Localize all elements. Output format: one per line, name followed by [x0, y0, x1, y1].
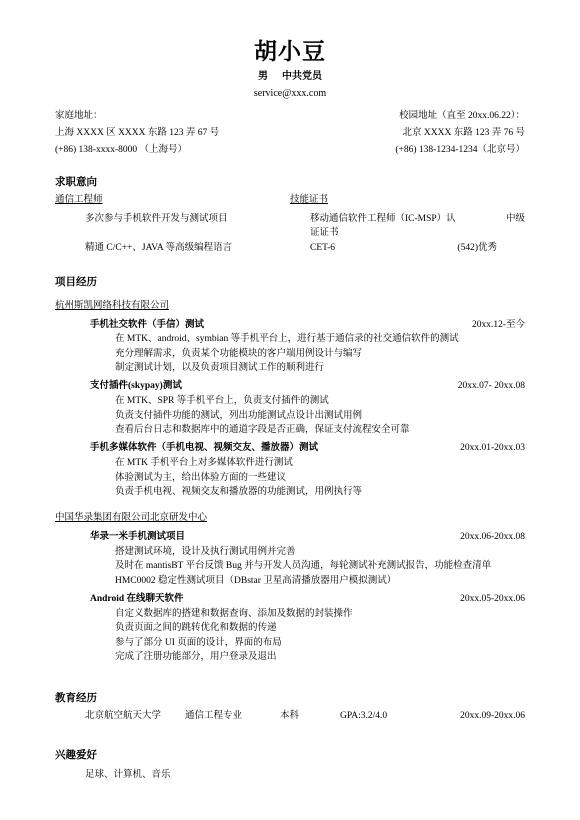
- education-school: 北京航空航天大学: [85, 710, 185, 724]
- certificate-level: 中级: [506, 213, 525, 227]
- campus-address-line1: 北京 XXXX 东路 123 弄 76 号: [395, 125, 525, 142]
- project-detail: 完成了注册功能部分，用户登录及退出: [115, 650, 525, 664]
- certificates-heading: 技能证书: [290, 194, 525, 208]
- hobbies-content: 足球、计算机、音乐: [85, 769, 525, 783]
- certificate-rows: 移动通信软件工程师（IC-MSP）认证证书 中级 CET-6 (542)优秀: [310, 213, 525, 255]
- education-row: 北京航空航天大学 通信工程专业 本科 GPA:3.2/4.0 20xx.09-2…: [85, 710, 525, 724]
- project-block: 支付插件(skypay)测试 20xx.07- 20xx.08 在 MTK、SP…: [55, 380, 525, 437]
- certificates-column: 技能证书 移动通信软件工程师（IC-MSP）认证证书 中级 CET-6 (542…: [290, 194, 525, 255]
- project-head: 华录一米手机测试项目 20xx.06-20xx.08: [90, 531, 525, 545]
- project-detail: 制定测试计划，以及负责项目测试工作的顺利进行: [115, 361, 525, 375]
- project-detail: 参与了部分 UI 页面的设计，界面的布局: [115, 636, 525, 650]
- certificate-name: 移动通信软件工程师（IC-MSP）认证证书: [310, 213, 462, 241]
- project-date: 20xx.05-20xx.06: [460, 593, 525, 607]
- resume-subtitle: 男中共党员: [55, 70, 525, 85]
- project-date: 20xx.01-20xx.03: [460, 442, 525, 456]
- education-date: 20xx.09-20xx.06: [460, 710, 525, 724]
- home-address-block: 家庭地址： 上海 XXXX 区 XXXX 东路 123 弄 67 号 (+86)…: [55, 108, 219, 159]
- objective-title: 通信工程师: [55, 194, 290, 208]
- campus-address-line2: (+86) 138-1234-1234（北京号）: [395, 142, 525, 159]
- gender-label: 男: [258, 71, 268, 82]
- project-detail: 负责页面之间的跳转优化和数据的传递: [115, 621, 525, 635]
- project-block: 华录一米手机测试项目 20xx.06-20xx.08 搭建测试环境，设计及执行测…: [55, 531, 525, 588]
- project-date: 20xx.06-20xx.08: [460, 531, 525, 545]
- email-text: service@xxx.com: [55, 87, 525, 102]
- objective-item: 精通 C/C++、JAVA 等高级编程语言: [85, 242, 290, 256]
- certificate-level: (542)优秀: [457, 242, 497, 256]
- project-detail: 负责手机电视、视频交友和播放器的功能测试，用例执行等: [115, 485, 525, 499]
- project-detail: 体验测试为主，给出体验方面的一些建议: [115, 471, 525, 485]
- project-detail: 及时在 mantisBT 平台反馈 Bug 并与开发人员沟通，每轮测试补充测试报…: [115, 559, 525, 573]
- project-detail: HMC0002 稳定性测试项目（DBstar 卫星高清播放器用户模拟测试）: [115, 574, 525, 588]
- education-heading: 教育经历: [55, 691, 525, 706]
- project-detail: 在 MTK 手机平台上对多媒体软件进行测试: [115, 456, 525, 470]
- project-title: 支付插件(skypay)测试: [90, 380, 182, 394]
- home-address-label: 家庭地址：: [55, 108, 219, 125]
- project-head: Android 在线聊天软件 20xx.05-20xx.06: [90, 593, 525, 607]
- company-name: 杭州斯凯网络科技有限公司: [55, 300, 525, 314]
- project-head: 支付插件(skypay)测试 20xx.07- 20xx.08: [90, 380, 525, 394]
- project-block: 手机社交软件（手信）测试 20xx.12-至今 在 MTK、android、sy…: [55, 319, 525, 376]
- company-block: 杭州斯凯网络科技有限公司 手机社交软件（手信）测试 20xx.12-至今 在 M…: [55, 300, 525, 500]
- company-block: 中国华录集团有限公司北京研发中心 华录一米手机测试项目 20xx.06-20xx…: [55, 512, 525, 664]
- project-title: 华录一米手机测试项目: [90, 531, 185, 545]
- project-block: 手机多媒体软件（手机电视、视频交友、播放器）测试 20xx.01-20xx.03…: [55, 442, 525, 499]
- objective-heading: 求职意向: [55, 175, 525, 190]
- project-head: 手机社交软件（手信）测试 20xx.12-至今: [90, 319, 525, 333]
- project-title: 手机多媒体软件（手机电视、视频交友、播放器）测试: [90, 442, 318, 456]
- hobbies-heading: 兴趣爱好: [55, 748, 525, 763]
- certificate-name: CET-6: [310, 242, 335, 256]
- section-projects: 项目经历 杭州斯凯网络科技有限公司 手机社交软件（手信）测试 20xx.12-至…: [55, 275, 525, 665]
- party-label: 中共党员: [282, 71, 322, 82]
- project-detail: 在 MTK、android、symbian 等手机平台上，进行基于通信录的社交通…: [115, 332, 525, 346]
- objective-columns: 通信工程师 多次参与手机软件开发与测试项目 精通 C/C++、JAVA 等高级编…: [55, 194, 525, 255]
- resume-name: 胡小豆: [55, 38, 525, 65]
- education-degree: 本科: [280, 710, 340, 724]
- project-date: 20xx.07- 20xx.08: [458, 380, 525, 394]
- section-hobbies: 兴趣爱好 足球、计算机、音乐: [55, 748, 525, 783]
- project-title: 手机社交软件（手信）测试: [90, 319, 204, 333]
- project-detail: 查看后台日志和数据库中的通道字段是否正确，保证支付流程安全可靠: [115, 423, 525, 437]
- certificate-row: 移动通信软件工程师（IC-MSP）认证证书 中级: [310, 213, 525, 241]
- project-detail: 充分理解需求，负责某个功能模块的客户端用例设计与编写: [115, 347, 525, 361]
- section-objective: 求职意向 通信工程师 多次参与手机软件开发与测试项目 精通 C/C++、JAVA…: [55, 175, 525, 256]
- project-head: 手机多媒体软件（手机电视、视频交友、播放器）测试 20xx.01-20xx.03: [90, 442, 525, 456]
- project-detail: 负责支付插件功能的测试，列出功能测试点设计出测试用例: [115, 409, 525, 423]
- campus-address-label: 校园地址（直至 20xx.06.22）：: [395, 108, 525, 125]
- home-address-line1: 上海 XXXX 区 XXXX 东路 123 弄 67 号: [55, 125, 219, 142]
- campus-address-block: 校园地址（直至 20xx.06.22）： 北京 XXXX 东路 123 弄 76…: [395, 108, 525, 159]
- certificate-row: CET-6 (542)优秀: [310, 242, 525, 256]
- address-block: 家庭地址： 上海 XXXX 区 XXXX 东路 123 弄 67 号 (+86)…: [55, 108, 525, 159]
- education-major: 通信工程专业: [185, 710, 280, 724]
- project-detail: 搭建测试环境，设计及执行测试用例并完善: [115, 545, 525, 559]
- home-address-line2: (+86) 138-xxxx-8000 （上海号）: [55, 142, 219, 159]
- project-detail: 自定义数据库的搭建和数据查询、添加及数据的封装操作: [115, 607, 525, 621]
- education-gpa: GPA:3.2/4.0: [340, 710, 460, 724]
- objective-item: 多次参与手机软件开发与测试项目: [85, 213, 290, 227]
- projects-heading: 项目经历: [55, 275, 525, 290]
- project-title: Android 在线聊天软件: [90, 593, 184, 607]
- resume-page: 胡小豆 男中共党员 service@xxx.com 家庭地址： 上海 XXXX …: [0, 0, 580, 820]
- section-education: 教育经历 北京航空航天大学 通信工程专业 本科 GPA:3.2/4.0 20xx…: [55, 691, 525, 724]
- objective-left-column: 通信工程师 多次参与手机软件开发与测试项目 精通 C/C++、JAVA 等高级编…: [55, 194, 290, 255]
- project-detail: 在 MTK、SPR 等手机平台上，负责支付插件的测试: [115, 394, 525, 408]
- company-name: 中国华录集团有限公司北京研发中心: [55, 512, 525, 526]
- project-date: 20xx.12-至今: [472, 319, 525, 333]
- project-block: Android 在线聊天软件 20xx.05-20xx.06 自定义数据库的搭建…: [55, 593, 525, 664]
